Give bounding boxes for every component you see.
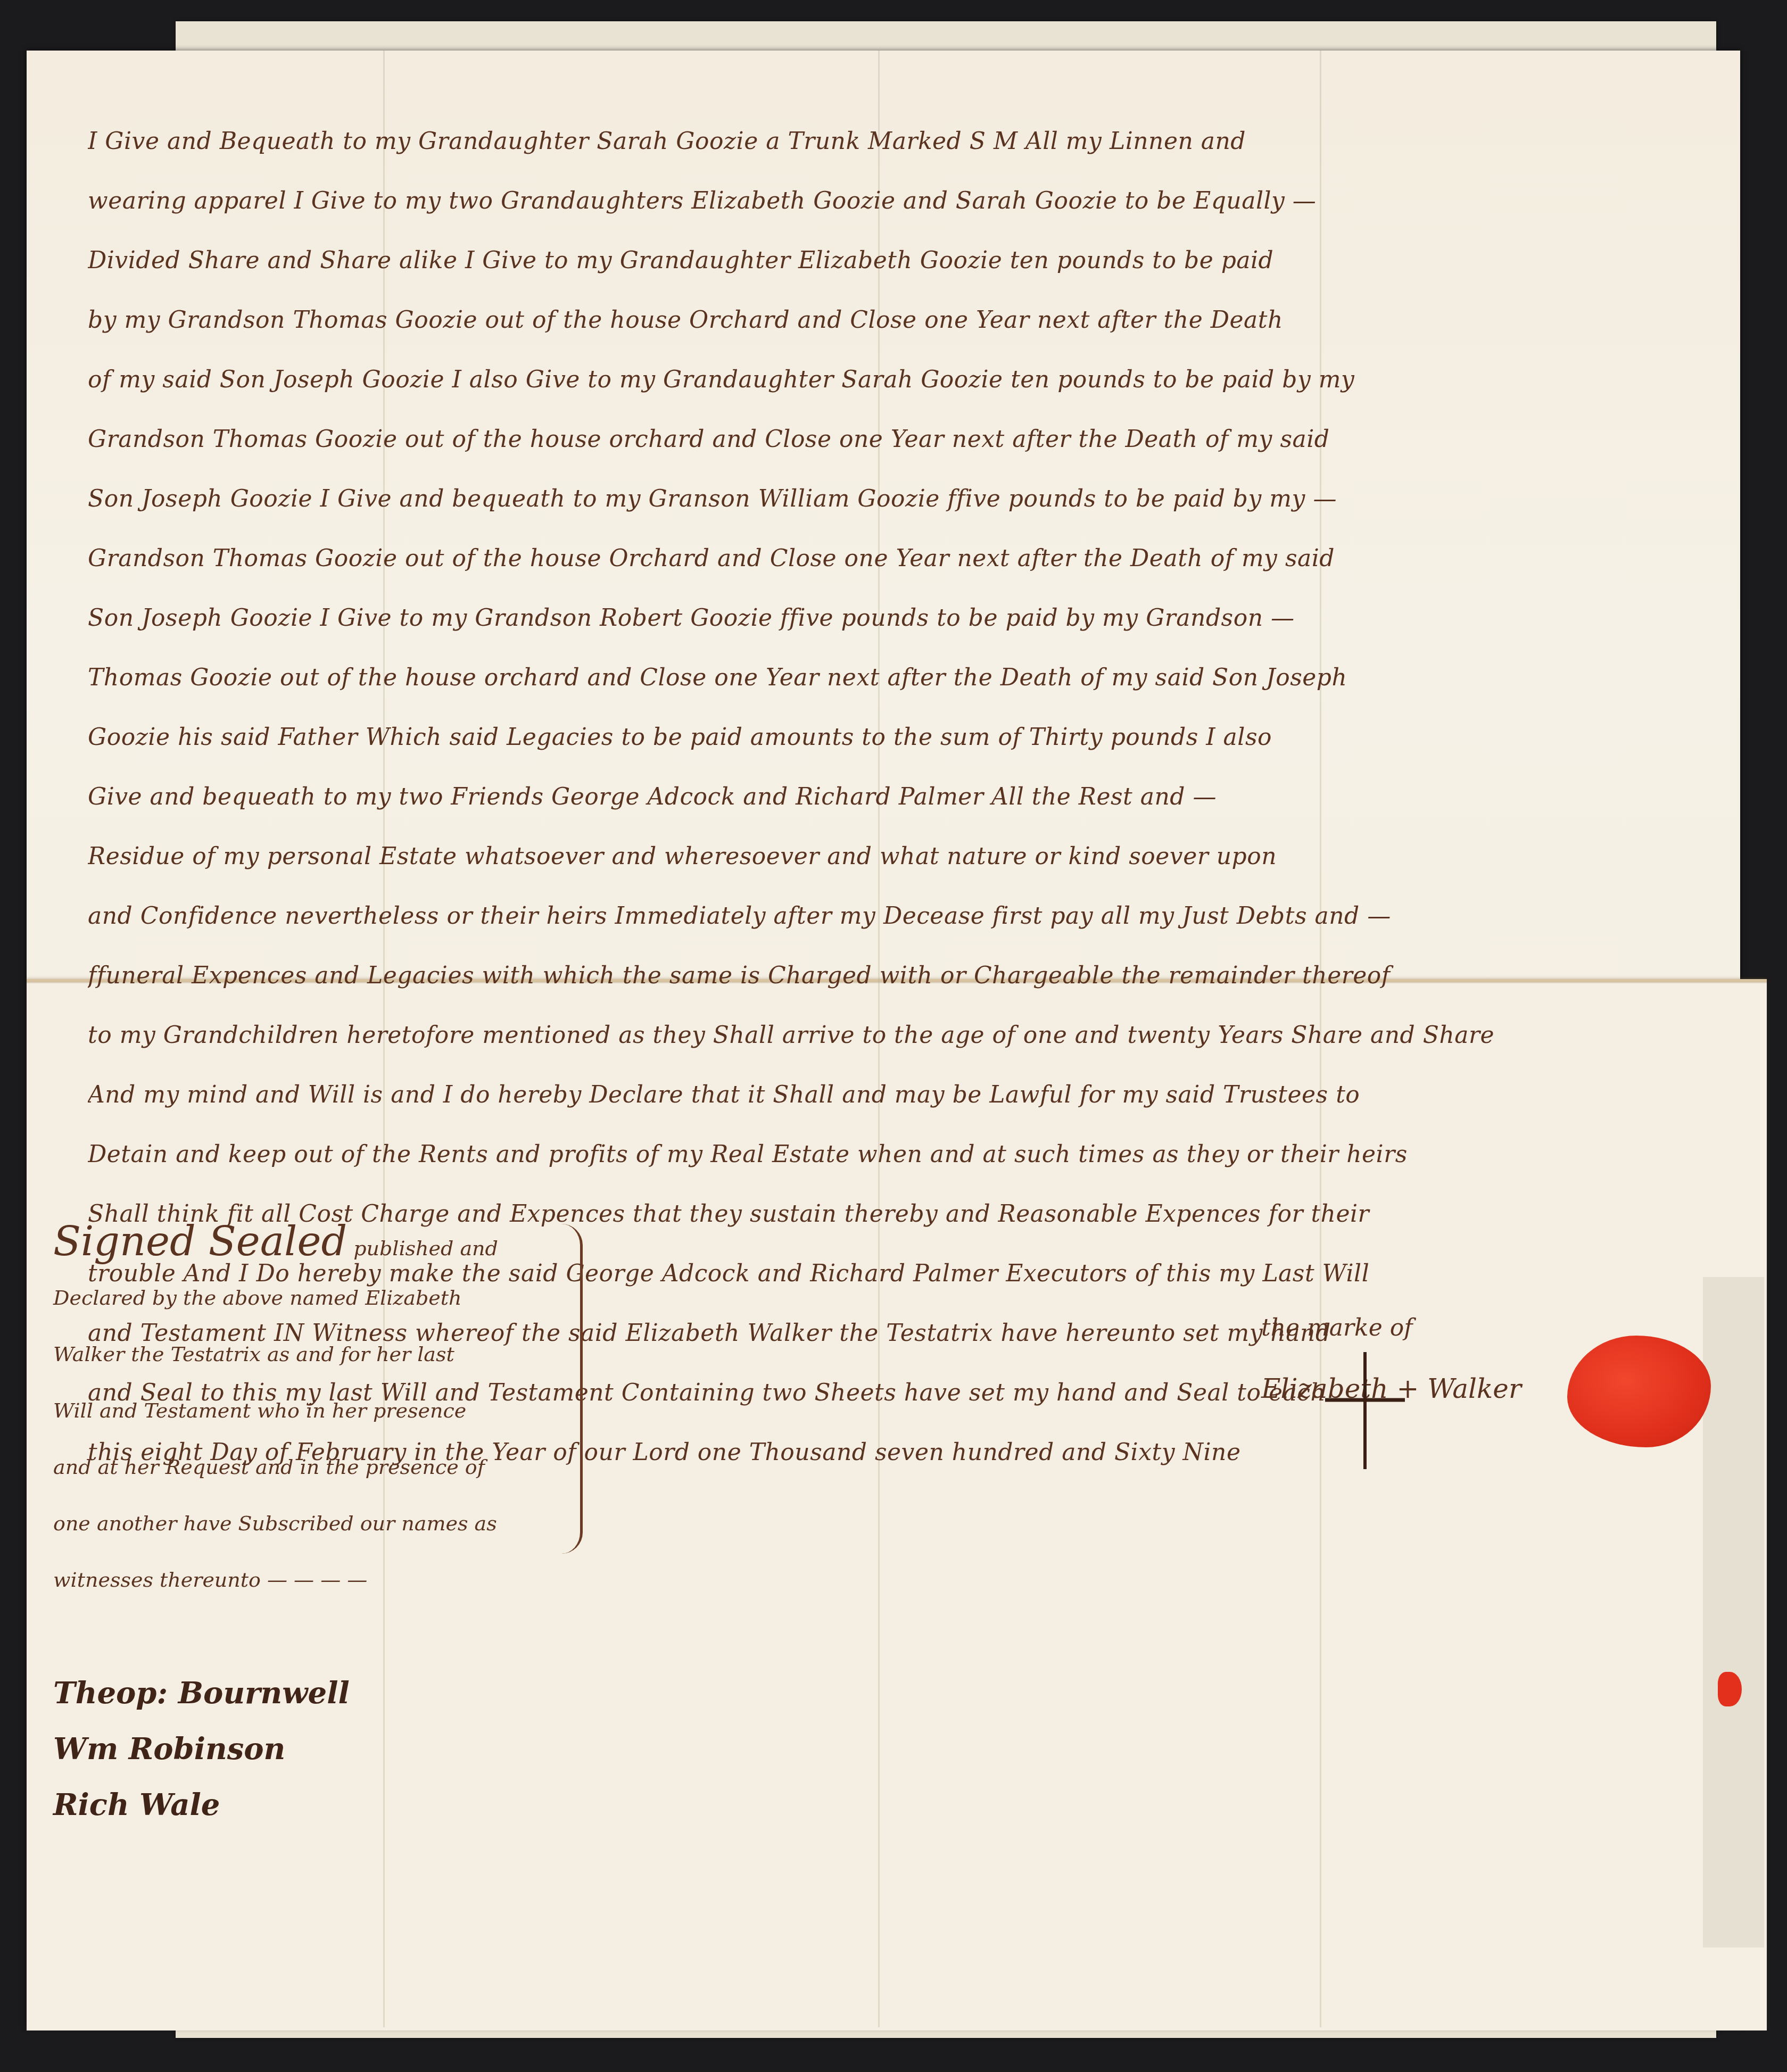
text-line: Son Joseph Goozie I Give and bequeath to… [88, 469, 1716, 529]
text-line: And my mind and Will is and I do hereby … [88, 1065, 1716, 1125]
text-line: and Confidence nevertheless or their hei… [88, 886, 1716, 946]
curly-brace-icon [559, 1224, 583, 1554]
text-line: Goozie his said Father Which said Legaci… [88, 708, 1716, 767]
text-line: Thomas Goozie out of the house orchard a… [88, 648, 1716, 708]
text-line: Divided Share and Share alike I Give to … [88, 231, 1716, 291]
attestation-line: and at her Request and in the presence o… [53, 1439, 585, 1495]
attestation-heading: Signed Sealed [53, 1217, 347, 1265]
cross-mark-icon [1325, 1352, 1405, 1469]
text-line: Residue of my personal Estate whatsoever… [88, 827, 1716, 886]
mark-label: the marke of [1261, 1314, 1521, 1341]
witness-signatures: Theop: Bournwell Wm Robinson Rich Wale [53, 1665, 350, 1833]
text-line: ffuneral Expences and Legacies with whic… [88, 946, 1716, 1006]
text-line: to my Grandchildren heretofore mentioned… [88, 1006, 1716, 1065]
witness-signature: Wm Robinson [53, 1721, 350, 1777]
text-line: Detain and keep out of the Rents and pro… [88, 1125, 1716, 1184]
attestation-line: witnesses thereunto — — — — [53, 1552, 585, 1608]
red-wax-seal-icon [1567, 1336, 1711, 1447]
text-line: wearing apparel I Give to my two Grandau… [88, 171, 1716, 231]
attestation-line: Will and Testament who in her presence [53, 1382, 585, 1439]
attestation-clause: Signed Sealed published and Declared by … [53, 1213, 585, 1608]
text-line: Son Joseph Goozie I Give to my Grandson … [88, 589, 1716, 648]
testator-name: Elizabeth + Walker [1261, 1373, 1521, 1404]
attestation-line: Walker the Testatrix as and for her last [53, 1326, 585, 1382]
text-line: Grandson Thomas Goozie out of the house … [88, 410, 1716, 469]
attestation-line: one another have Subscribed our names as [53, 1495, 585, 1552]
text-line: by my Grandson Thomas Goozie out of the … [88, 291, 1716, 350]
text-line: of my said Son Joseph Goozie I also Give… [88, 350, 1716, 410]
witness-signature: Theop: Bournwell [53, 1665, 350, 1721]
red-wax-seal-fragment-icon [1718, 1672, 1742, 1706]
text-line: I Give and Bequeath to my Grandaughter S… [88, 112, 1716, 171]
text-line: Give and bequeath to my two Friends Geor… [88, 767, 1716, 827]
text-line: Grandson Thomas Goozie out of the house … [88, 529, 1716, 589]
testator-mark-block: the marke of Elizabeth + Walker [1261, 1314, 1521, 1404]
attestation-first-line: Signed Sealed published and [53, 1213, 585, 1270]
witness-signature: Rich Wale [53, 1777, 350, 1833]
attestation-line: Declared by the above named Elizabeth [53, 1270, 585, 1326]
